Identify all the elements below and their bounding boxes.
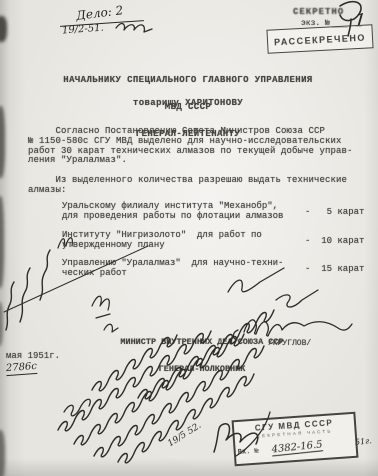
- handwritten-outgoing-number: 2786с: [6, 361, 38, 376]
- handwriting-pointer-line: [4, 246, 148, 312]
- addressee-line1: НАЧАЛЬНИКУ СПЕЦИАЛЬНОГО ГЛАВНОГО УПРАВЛЕ…: [30, 76, 346, 85]
- scan-edge-artifact: [0, 430, 5, 476]
- handwriting-margin-note: [20, 268, 30, 322]
- body-paragraph-1: Согласно Постановлению Совета Министров …: [28, 127, 353, 166]
- allocation-item-2-amount: - 10 карат: [305, 236, 364, 246]
- allocation-item-3-amount: - 15 карат: [305, 264, 364, 274]
- declassified-stamp-text: РАССЕКРЕЧЕНО: [274, 33, 366, 48]
- signer-title-line1: МИНИСТР ВНУТРЕННИХ ДЕЛ СОЮЗА ССР: [110, 338, 294, 347]
- scan-edge-artifact: [0, 196, 4, 288]
- allocation-item-1-amount: - 5 карат: [305, 207, 364, 217]
- handwritten-incoming-year: 51г.: [355, 436, 373, 447]
- incoming-stamp-reg-label: Вх. №: [238, 448, 260, 457]
- allocation-item-1-text: Уральскому филиалу института "Механобр",…: [62, 202, 283, 222]
- handwriting-endorsement-start: [64, 399, 90, 416]
- scan-edge-artifact: [0, 16, 7, 42]
- handwritten-incoming-number: 4382-16.5: [271, 439, 323, 456]
- handwriting-endorsement-tail-mark: [276, 290, 318, 307]
- incoming-registration-stamp: СГУ МВД СССР СЕКРЕТНАЯ ЧАСТЬ Вх. № 4382-…: [232, 412, 359, 467]
- scan-edge-artifact: [0, 302, 3, 346]
- declassified-stamp: РАССЕКРЕЧЕНО: [266, 24, 373, 54]
- signer-name: /КРУГЛОВ/: [268, 339, 311, 348]
- scanned-document-page: Дело: 2 19/2-51. СЕКРЕТНО экз. № 1 РАССЕ…: [0, 0, 378, 476]
- addressee-name: товарищу ХАРИТОНОВУ: [30, 98, 346, 108]
- document-date: мая 1951г.: [6, 351, 60, 361]
- handwritten-case-note-line2: 19/2-51.: [62, 23, 104, 37]
- handwriting-margin-note: [6, 282, 14, 330]
- allocation-item-3-text: Управлению "Уралалмаз" для научно-техни-…: [62, 259, 283, 279]
- signer-title: МИНИСТР ВНУТРЕННИХ ДЕЛ СОЮЗА ССР ГЕНЕРАЛ…: [110, 320, 294, 392]
- handwritten-endorsement-date: 19/5 52.: [166, 421, 203, 449]
- handwriting-margin-mark: [92, 296, 110, 318]
- handwriting-top-note-flourish: [116, 24, 152, 32]
- allocation-item-2-text: Институту "Нигризолото" для работ по утв…: [62, 231, 262, 251]
- scan-edge-artifact: [0, 106, 5, 178]
- signer-title-line2: ГЕНЕРАЛ-ПОЛКОВНИК: [110, 365, 294, 374]
- handwriting-margin-note: [40, 250, 50, 300]
- handwritten-case-note-line1: Дело: 2: [75, 3, 124, 23]
- secret-label: СЕКРЕТНО: [293, 7, 344, 17]
- body-paragraph-2: Из выделенного количества разрешаю выдат…: [28, 176, 347, 196]
